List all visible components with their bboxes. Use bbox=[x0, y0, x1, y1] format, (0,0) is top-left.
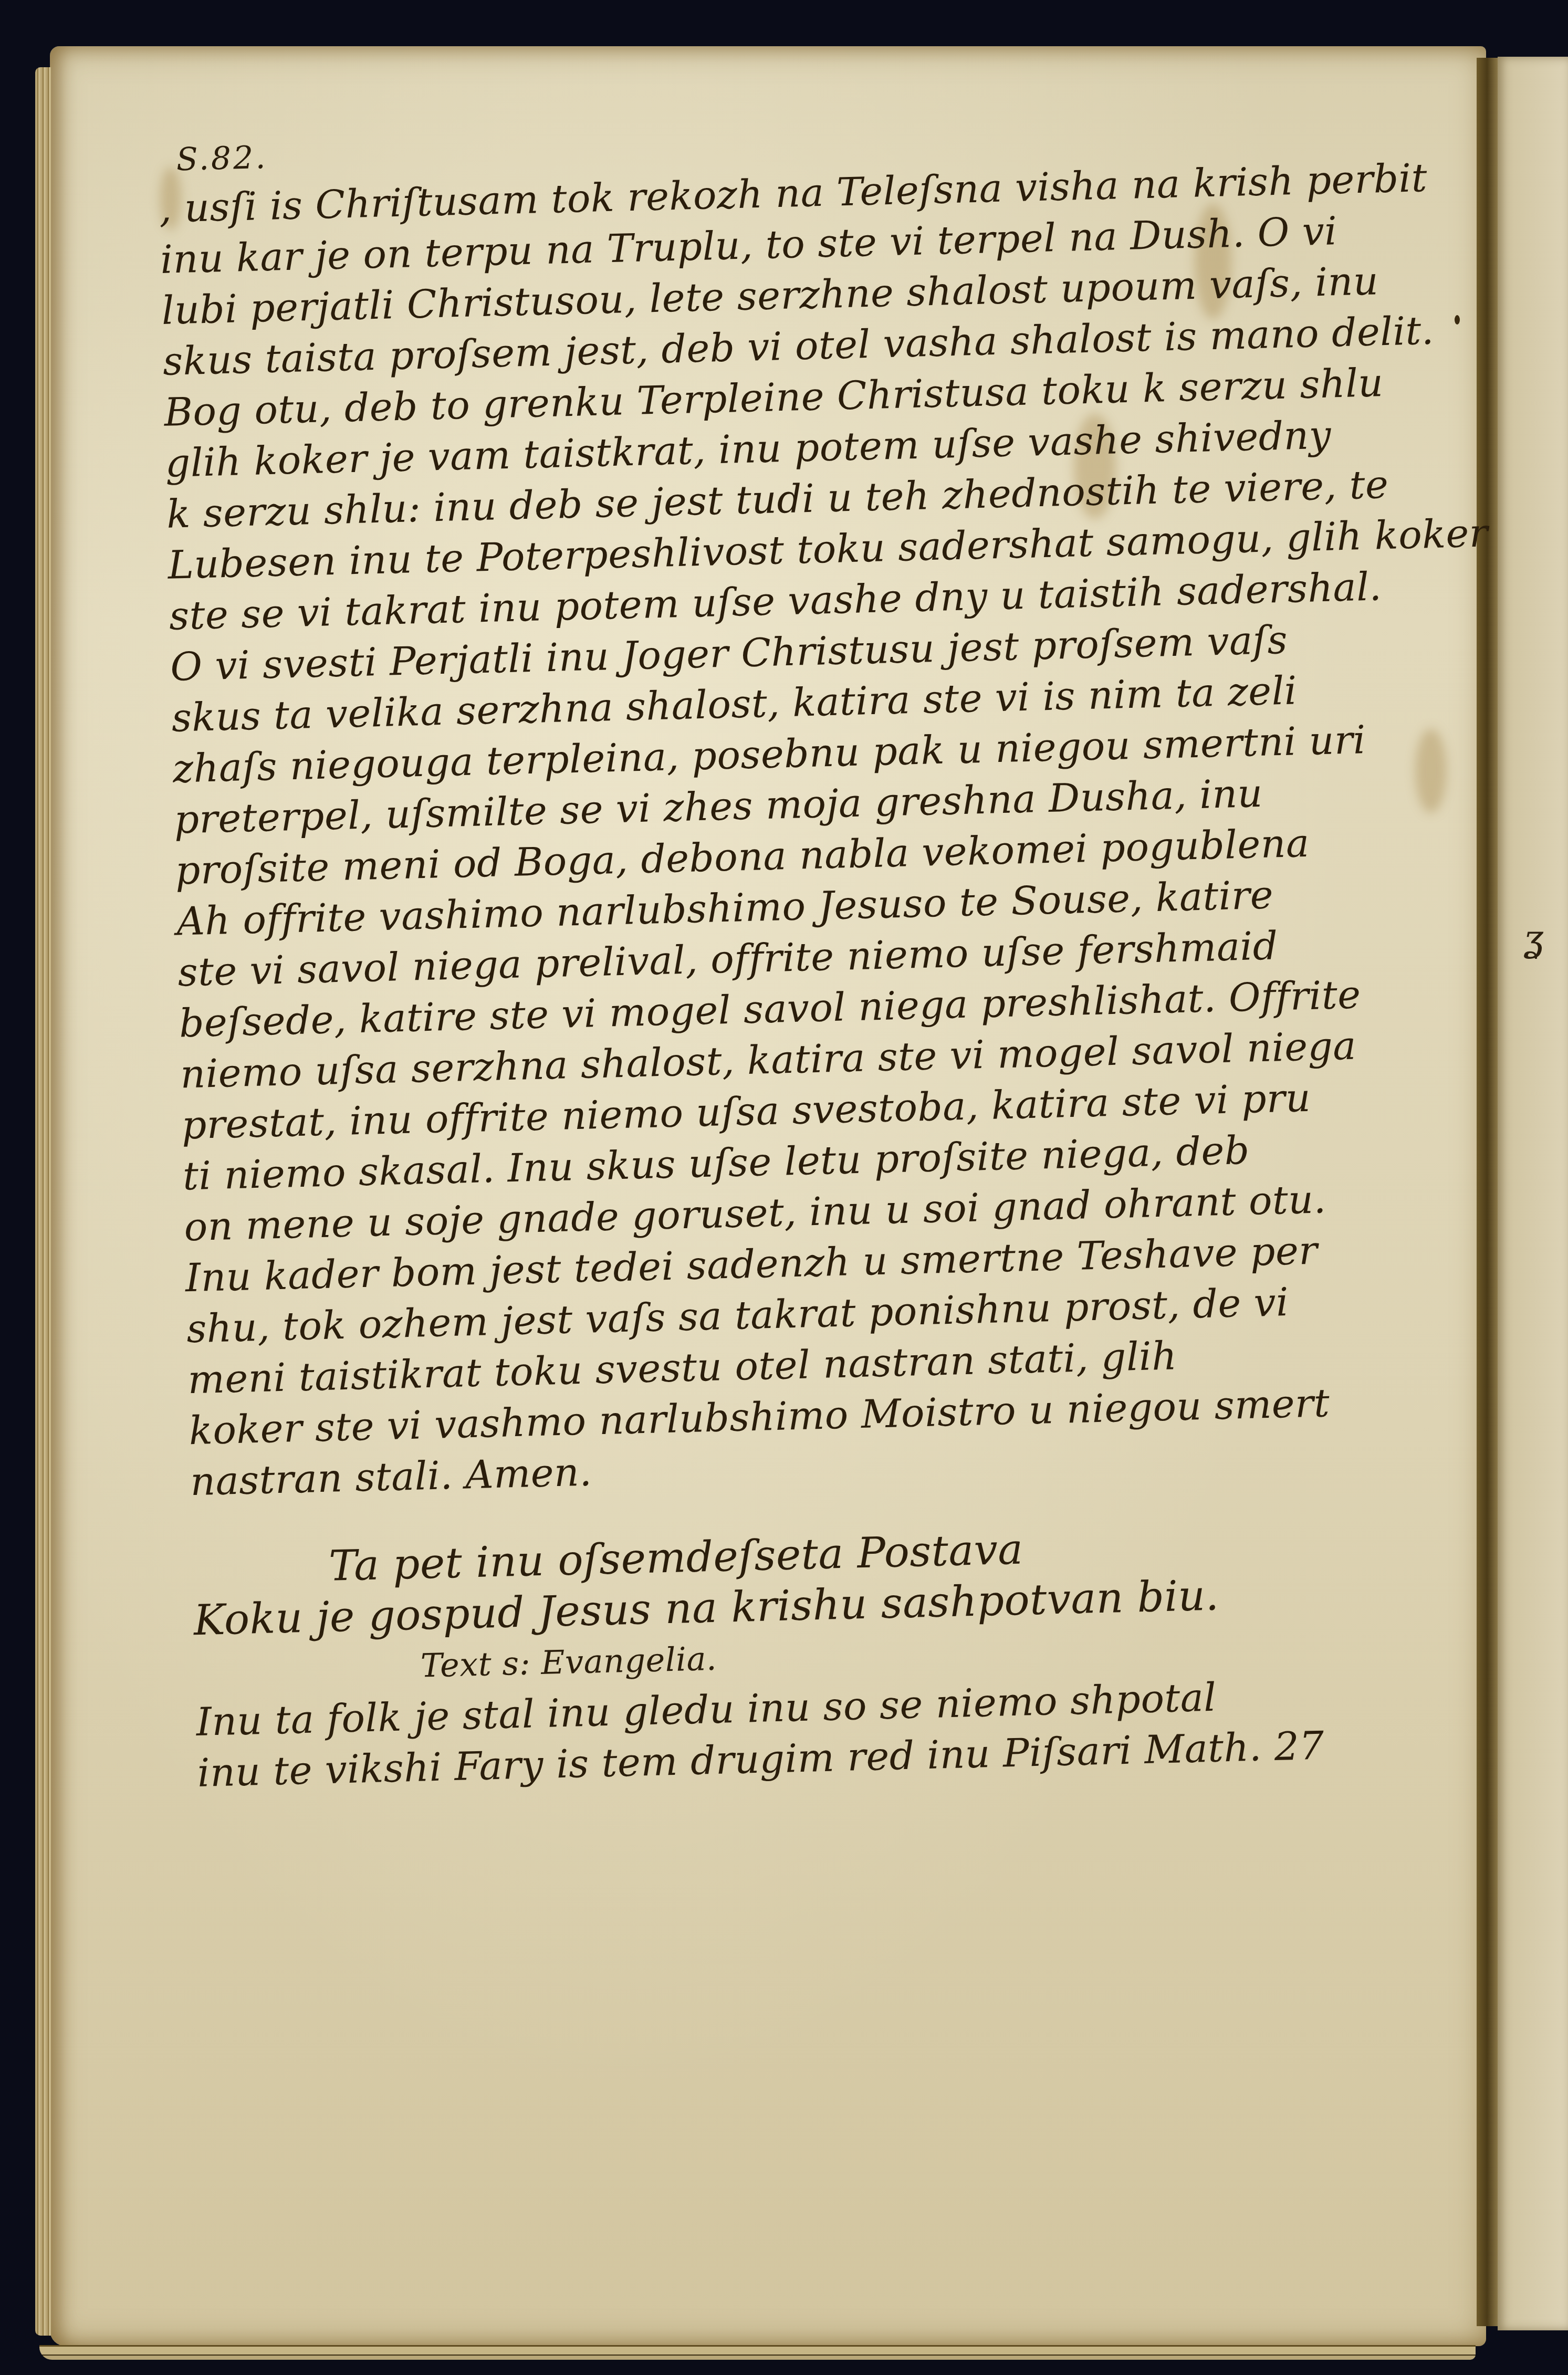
facing-page-mark: ʓ bbox=[1523, 916, 1543, 959]
facing-page-edge bbox=[1498, 57, 1568, 2330]
manuscript-text: S.82. , usſi is Chriſtusam tok rekozh na… bbox=[158, 109, 1521, 1799]
